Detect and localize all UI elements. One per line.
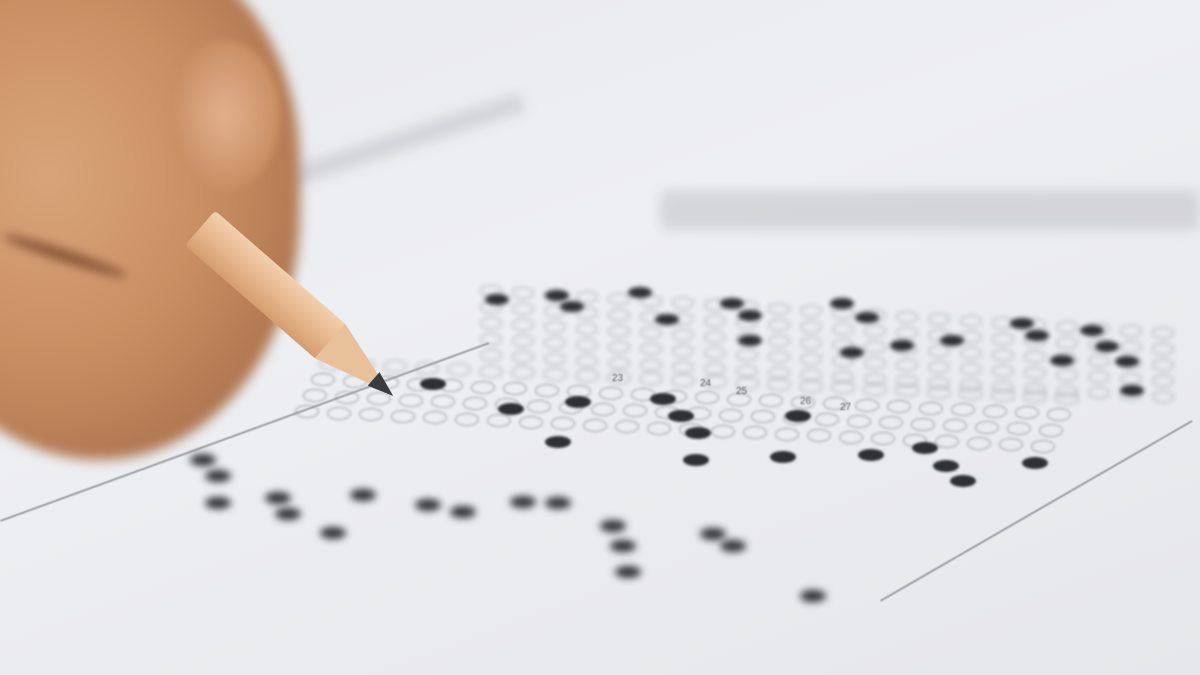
- empty-bubble: [896, 359, 918, 371]
- empty-bubble: [327, 407, 351, 420]
- empty-bubble: [871, 432, 895, 445]
- filled-bubble: [205, 470, 231, 482]
- empty-bubble: [759, 394, 783, 407]
- filled-bubble: [1025, 330, 1049, 341]
- empty-bubble: [551, 417, 575, 430]
- empty-bubble: [672, 297, 694, 309]
- empty-bubble: [639, 372, 663, 385]
- empty-bubble: [992, 365, 1014, 377]
- filled-bubble: [545, 497, 571, 509]
- filled-bubble: [610, 540, 636, 552]
- empty-bubble: [896, 375, 918, 387]
- empty-bubble: [1120, 341, 1142, 353]
- filled-bubble: [940, 335, 964, 346]
- empty-bubble: [512, 335, 534, 347]
- empty-bubble: [800, 305, 822, 317]
- filled-bubble: [545, 436, 571, 448]
- filled-bubble: [683, 454, 709, 466]
- empty-bubble: [736, 349, 758, 361]
- empty-bubble: [463, 397, 487, 410]
- filled-bubble: [628, 287, 652, 298]
- empty-bubble: [928, 345, 950, 357]
- empty-bubble: [800, 353, 822, 365]
- empty-bubble: [928, 377, 950, 389]
- filled-bubble: [912, 442, 938, 454]
- empty-bubble: [1031, 440, 1055, 453]
- empty-bubble: [576, 355, 598, 367]
- empty-bubble: [519, 416, 543, 429]
- empty-bubble: [864, 341, 886, 353]
- empty-bubble: [1088, 387, 1110, 399]
- empty-bubble: [704, 363, 726, 375]
- filled-bubble: [800, 590, 826, 602]
- empty-bubble: [1056, 337, 1078, 349]
- empty-bubble: [695, 391, 719, 404]
- empty-bubble: [455, 413, 479, 426]
- empty-bubble: [864, 373, 886, 385]
- empty-bubble: [503, 382, 527, 395]
- empty-bubble: [975, 421, 999, 434]
- empty-bubble: [1039, 424, 1063, 437]
- question-number: 27: [840, 402, 851, 413]
- empty-bubble: [1024, 351, 1046, 363]
- empty-bubble: [839, 431, 863, 444]
- filled-bubble: [650, 393, 676, 405]
- empty-bubble: [311, 373, 335, 386]
- filled-bubble: [785, 410, 811, 422]
- question-number: 24: [700, 378, 711, 389]
- filled-bubble: [840, 347, 864, 358]
- empty-bubble: [815, 413, 839, 426]
- empty-bubble: [960, 379, 982, 391]
- empty-bubble: [512, 319, 534, 331]
- empty-bubble: [807, 429, 831, 442]
- empty-bubble: [1047, 408, 1071, 421]
- empty-bubble: [471, 381, 495, 394]
- empty-bubble: [960, 363, 982, 375]
- empty-bubble: [768, 367, 790, 379]
- filled-bubble: [498, 403, 524, 415]
- empty-bubble: [1152, 375, 1174, 387]
- empty-bubble: [967, 437, 991, 450]
- empty-bubble: [768, 351, 790, 363]
- filled-bubble: [600, 520, 626, 532]
- filled-bubble: [933, 460, 959, 472]
- empty-bubble: [623, 404, 647, 417]
- empty-bubble: [999, 438, 1023, 451]
- empty-bubble: [640, 327, 662, 339]
- empty-bubble: [719, 409, 743, 422]
- empty-bubble: [1056, 321, 1078, 333]
- finger: [170, 40, 280, 190]
- empty-bubble: [896, 311, 918, 323]
- empty-bubble: [911, 418, 935, 431]
- filled-bubble: [655, 314, 679, 325]
- empty-bubble: [543, 368, 567, 381]
- empty-bubble: [575, 369, 599, 382]
- empty-bubble: [800, 321, 822, 333]
- empty-bubble: [1088, 355, 1110, 367]
- top-blurred-row: [283, 92, 527, 188]
- empty-bubble: [608, 309, 630, 321]
- empty-bubble: [599, 387, 623, 400]
- filled-bubble: [485, 294, 509, 305]
- empty-bubble: [768, 319, 790, 331]
- filled-bubble: [1010, 318, 1034, 329]
- empty-bubble: [743, 426, 767, 439]
- empty-bubble: [704, 315, 726, 327]
- empty-bubble: [1007, 422, 1031, 435]
- filled-bubble: [415, 499, 441, 511]
- empty-bubble: [1056, 369, 1078, 381]
- filled-bubble: [738, 310, 762, 321]
- empty-bubble: [855, 399, 879, 412]
- empty-bubble: [544, 337, 566, 349]
- empty-bubble: [303, 389, 327, 402]
- empty-bubble: [767, 378, 791, 391]
- filled-bubble: [420, 378, 446, 390]
- filled-bubble: [858, 449, 884, 461]
- empty-bubble: [1152, 359, 1174, 371]
- empty-bubble: [704, 347, 726, 359]
- empty-bubble: [847, 415, 871, 428]
- empty-bubble: [1056, 385, 1078, 397]
- filled-bubble: [1115, 356, 1139, 367]
- empty-bubble: [960, 347, 982, 359]
- filled-bubble: [720, 540, 746, 552]
- empty-bubble: [583, 419, 607, 432]
- empty-bubble: [1120, 325, 1142, 337]
- empty-bubble: [591, 403, 615, 416]
- empty-bubble: [544, 353, 566, 365]
- empty-bubble: [423, 411, 447, 424]
- filled-bubble: [720, 298, 744, 309]
- filled-bubble: [700, 528, 726, 540]
- empty-bubble: [799, 380, 823, 393]
- empty-bubble: [512, 351, 534, 363]
- empty-bubble: [879, 416, 903, 429]
- empty-bubble: [295, 405, 319, 418]
- top-blurred-row: [660, 190, 1200, 230]
- empty-bubble: [608, 293, 630, 305]
- empty-bubble: [647, 422, 671, 435]
- empty-bubble: [615, 420, 639, 433]
- empty-bubble: [704, 331, 726, 343]
- empty-bubble: [544, 321, 566, 333]
- filled-bubble: [275, 508, 301, 520]
- empty-bubble: [1152, 343, 1174, 355]
- filled-bubble: [545, 290, 569, 301]
- filled-bubble: [350, 489, 376, 501]
- empty-bubble: [864, 325, 886, 337]
- empty-bubble: [447, 363, 471, 376]
- filled-bubble: [1120, 385, 1144, 396]
- filled-bubble: [565, 396, 591, 408]
- empty-bubble: [751, 410, 775, 423]
- filled-bubble: [890, 340, 914, 351]
- filled-bubble: [450, 506, 476, 518]
- empty-bubble: [1024, 367, 1046, 379]
- empty-bubble: [527, 400, 551, 413]
- filled-bubble: [1095, 341, 1119, 352]
- empty-bubble: [800, 369, 822, 381]
- empty-bubble: [576, 323, 598, 335]
- empty-bubble: [864, 357, 886, 369]
- empty-bubble: [672, 361, 694, 373]
- filled-bubble: [1022, 457, 1048, 469]
- empty-bubble: [928, 361, 950, 373]
- empty-bubble: [608, 357, 630, 369]
- empty-bubble: [943, 419, 967, 432]
- empty-bubble: [768, 303, 790, 315]
- empty-bubble: [1024, 383, 1046, 395]
- empty-bubble: [608, 325, 630, 337]
- empty-bubble: [672, 345, 694, 357]
- filled-bubble: [320, 527, 346, 539]
- empty-bubble: [736, 365, 758, 377]
- filled-bubble: [770, 451, 796, 463]
- empty-bubble: [1152, 391, 1174, 403]
- filled-bubble: [668, 410, 694, 422]
- empty-bubble: [1088, 371, 1110, 383]
- empty-bubble: [608, 341, 630, 353]
- empty-bubble: [983, 405, 1007, 418]
- empty-bubble: [919, 402, 943, 415]
- empty-bubble: [672, 329, 694, 341]
- empty-bubble: [480, 317, 502, 329]
- empty-bubble: [935, 435, 959, 448]
- empty-bubble: [960, 315, 982, 327]
- empty-bubble: [768, 335, 790, 347]
- filled-bubble: [738, 335, 762, 346]
- empty-bubble: [832, 371, 854, 383]
- empty-bubble: [487, 414, 511, 427]
- empty-bubble: [928, 313, 950, 325]
- filled-bubble: [615, 566, 641, 578]
- filled-bubble: [190, 454, 216, 466]
- empty-bubble: [992, 381, 1014, 393]
- filled-bubble: [950, 475, 976, 487]
- empty-bubble: [512, 287, 534, 299]
- filled-bubble: [830, 298, 854, 309]
- empty-bubble: [887, 400, 911, 413]
- empty-bubble: [896, 327, 918, 339]
- question-number: 26: [800, 396, 811, 407]
- empty-bubble: [480, 349, 502, 361]
- empty-bubble: [431, 395, 455, 408]
- filled-bubble: [205, 497, 231, 509]
- empty-bubble: [711, 425, 735, 438]
- empty-bubble: [832, 323, 854, 335]
- empty-bubble: [1152, 327, 1174, 339]
- empty-bubble: [511, 366, 535, 379]
- question-number: 25: [736, 386, 747, 397]
- empty-bubble: [415, 362, 439, 375]
- filled-bubble: [1080, 325, 1104, 336]
- empty-bubble: [576, 339, 598, 351]
- filled-bubble: [265, 492, 291, 504]
- empty-bubble: [512, 303, 534, 315]
- filled-bubble: [685, 427, 711, 439]
- empty-bubble: [640, 343, 662, 355]
- filled-bubble: [510, 496, 536, 508]
- question-number: 23: [612, 373, 623, 384]
- empty-bubble: [992, 349, 1014, 361]
- empty-bubble: [992, 333, 1014, 345]
- empty-bubble: [1120, 373, 1142, 385]
- filled-bubble: [1050, 355, 1074, 366]
- empty-bubble: [671, 374, 695, 387]
- empty-bubble: [951, 403, 975, 416]
- filled-bubble: [560, 301, 584, 312]
- empty-bubble: [775, 428, 799, 441]
- empty-bubble: [1015, 406, 1039, 419]
- empty-bubble: [800, 337, 822, 349]
- empty-bubble: [535, 384, 559, 397]
- filled-bubble: [855, 312, 879, 323]
- empty-bubble: [640, 359, 662, 371]
- empty-bubble: [479, 365, 503, 378]
- empty-bubble: [480, 333, 502, 345]
